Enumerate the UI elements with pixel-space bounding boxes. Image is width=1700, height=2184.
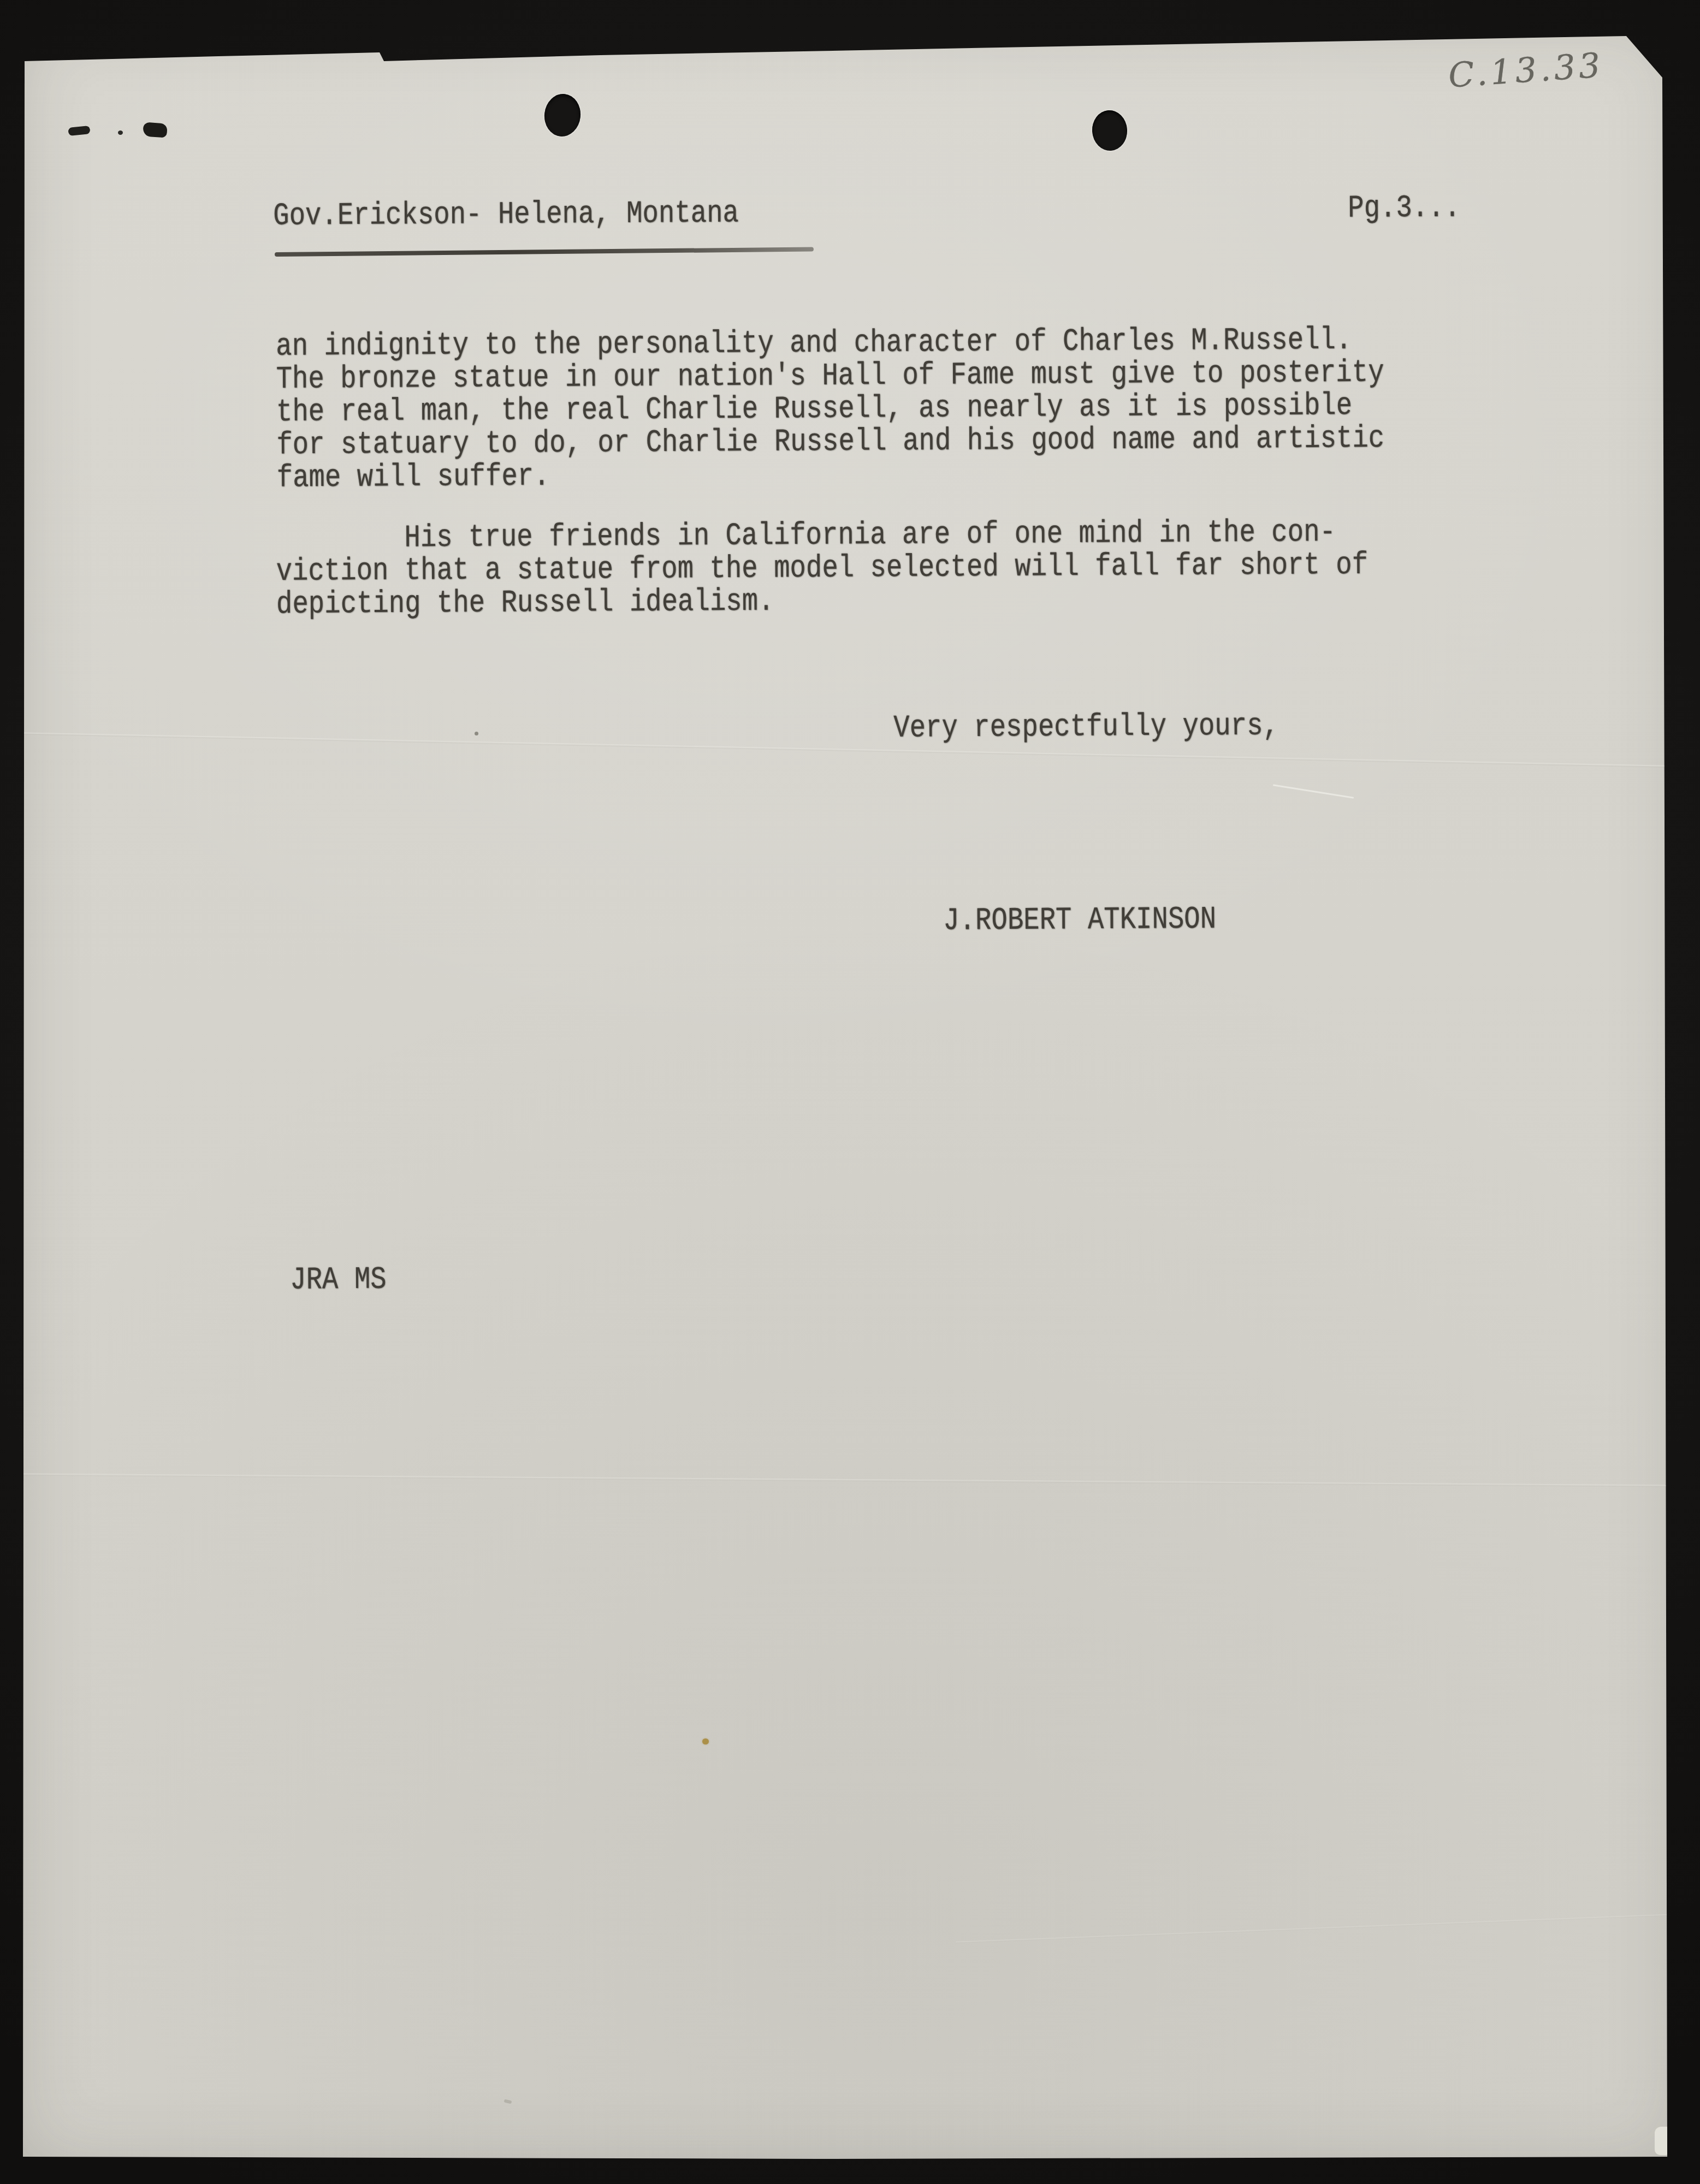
ink-smudge-dot — [118, 130, 123, 135]
page-number-label: Pg.3... — [1348, 192, 1460, 225]
paper-speck-faint — [504, 2099, 512, 2104]
paper-speck — [475, 732, 478, 735]
archival-code-annotation: C.13.33 — [1447, 45, 1605, 96]
fold-crease-middle — [0, 1473, 1700, 1487]
paper-speck-gold — [702, 1738, 709, 1744]
recipient-line: Gov.Erickson- Helena, Montana — [273, 197, 739, 233]
paper-corner-chip — [1655, 2127, 1669, 2155]
typist-initials: JRA MS — [290, 1263, 387, 1297]
body-paragraph-2: His true friends in California are of on… — [276, 516, 1369, 621]
header-underline — [275, 247, 814, 257]
scan-background: C.13.33 Gov.Erickson- Helena, Montana Pg… — [0, 0, 1700, 2184]
signature-name: J.ROBERT ATKINSON — [943, 903, 1216, 937]
body-paragraph-1: an indignity to the personality and char… — [276, 324, 1385, 495]
fold-crease-top — [0, 732, 1700, 769]
fold-crease-bottom — [956, 1912, 1700, 1943]
closing-line: Very respectfully yours, — [893, 710, 1279, 745]
letter-paper: C.13.33 Gov.Erickson- Helena, Montana Pg… — [0, 0, 1700, 2184]
paper-scratch — [1273, 784, 1354, 798]
ink-smudge — [143, 122, 168, 138]
ink-smudge — [68, 126, 90, 136]
